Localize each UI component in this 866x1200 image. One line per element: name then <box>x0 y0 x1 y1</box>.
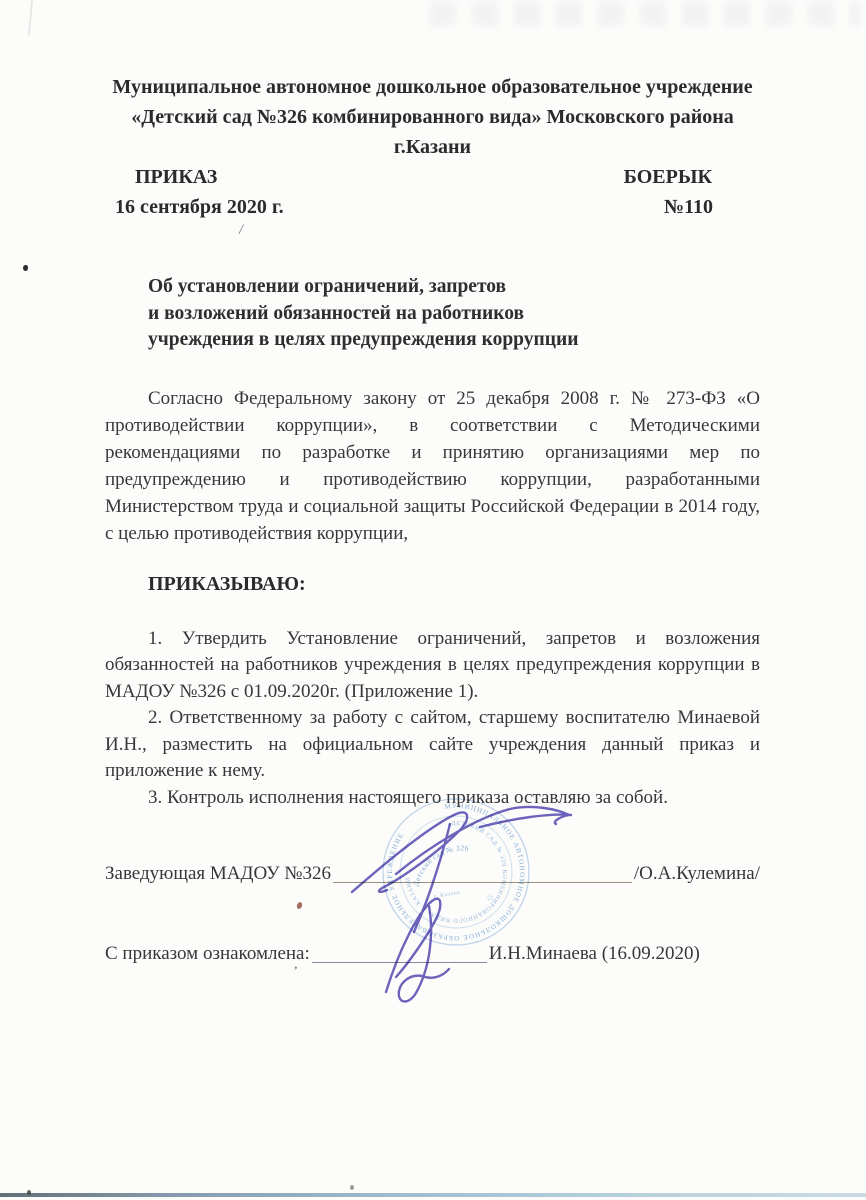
signature-label-acknowledged: С приказом ознакомлена: <box>105 941 310 967</box>
signature-ink-head <box>352 807 571 932</box>
order-heading: ПРИКАЗЫВАЮ: <box>148 571 760 598</box>
signature-ink-acknowledged <box>386 899 449 1002</box>
doc-type-russian: ПРИКАЗ <box>105 162 217 192</box>
doc-date: 16 сентября 2020 г. <box>105 192 284 222</box>
doc-type-row: ПРИКАЗ БОЕРЫК <box>105 162 760 192</box>
scan-artifact-dot <box>23 265 28 271</box>
org-name-line-2: «Детский сад №326 комбинированного вида»… <box>105 102 760 132</box>
scan-edge-line <box>0 1193 866 1197</box>
subject-line-1: Об установлении ограничений, запретов <box>148 274 760 301</box>
doc-date-row: 16 сентября 2020 г. №110 <box>105 192 760 222</box>
doc-number: №110 <box>664 192 760 222</box>
subject-block: Об установлении ограничений, запретов и … <box>148 274 760 354</box>
org-name-line-1: Муниципальное автономное дошкольное обра… <box>105 72 760 102</box>
scan-artifact-speck <box>350 1185 354 1190</box>
signature-label-head: Заведующая МАДОУ №326 <box>105 861 331 887</box>
signature-name-head: /О.А.Кулемина/ <box>634 861 760 887</box>
doc-type-tatar: БОЕРЫК <box>624 162 760 192</box>
org-name-line-3: г.Казани <box>105 132 760 162</box>
order-item-2: 2. Ответственному за работу с сайтом, ст… <box>105 705 760 785</box>
subject-line-3: учреждения в целях предупреждения корруп… <box>148 327 760 354</box>
scanned-order-document: / , Муниципальное автономное дошкольное … <box>0 0 866 1200</box>
subject-line-2: и возложений обязанностей на работников <box>148 301 760 328</box>
scan-artifact-speck <box>27 1190 31 1195</box>
scan-artifact-squiggle <box>28 0 38 36</box>
preamble-paragraph: Согласно Федеральному закону от 25 декаб… <box>105 385 760 547</box>
order-item-1: 1. Утвердить Установление ограничений, з… <box>105 626 760 706</box>
handwritten-signatures <box>330 780 610 1005</box>
